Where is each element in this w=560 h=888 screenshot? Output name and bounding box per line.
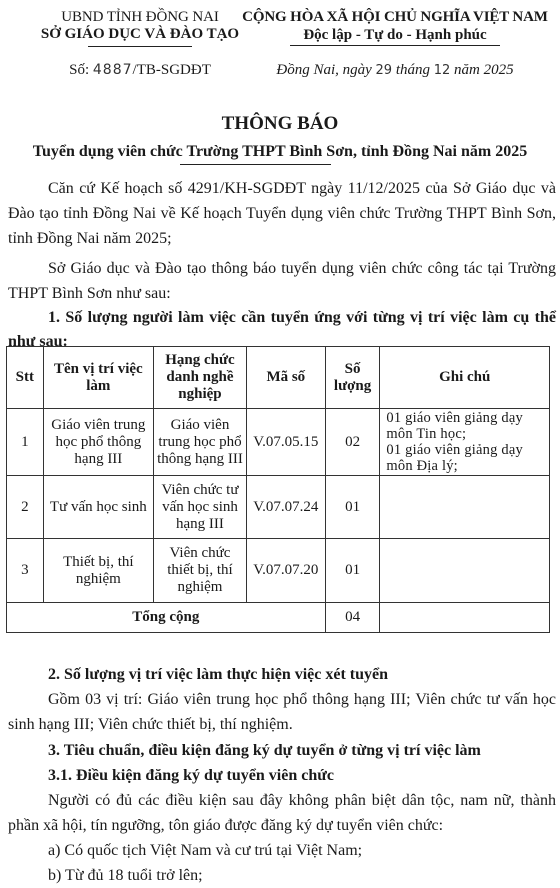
national-header-block: CỘNG HÒA XÃ HỘI CHỦ NGHĨA VIỆT NAM Độc l… [230,9,560,46]
cell-position: Tư vấn học sinh [43,476,153,539]
date-year: năm 2025 [454,62,514,78]
date-month-handwritten: 12 [434,63,451,78]
basis-paragraph: Căn cứ Kế hoạch số 4291/KH-SGDĐT ngày 11… [8,176,556,251]
cell-rank: Giáo viên trung học phổ thông hạng III [154,409,247,476]
motto-underline [290,45,500,46]
doc-number-handwritten: 4887 [93,62,133,78]
condition-item-b: b) Từ đủ 18 tuổi trở lên; [8,863,556,888]
cell-note [380,476,550,539]
subtitle-underline [180,164,331,165]
note-line: 01 giáo viên giảng dạy môn Địa lý; [386,442,546,474]
col-header-code: Mã số [246,347,325,409]
date-line: Đồng Nai, ngày 29 tháng 12 năm 2025 [230,62,560,79]
cell-stt: 2 [7,476,44,539]
col-header-quantity: Số lượng [325,347,380,409]
cell-code: V.07.05.15 [246,409,325,476]
cell-rank: Viên chức thiết bị, thí nghiệm [154,539,247,603]
cell-quantity: 01 [325,539,380,603]
cell-position: Thiết bị, thí nghiệm [43,539,153,603]
total-label: Tổng cộng [7,603,326,633]
intro-paragraph: Sở Giáo dục và Đào tạo thông báo tuyển d… [8,256,556,306]
table-row: 2 Tư vấn học sinh Viên chức tư vấn học s… [7,476,550,539]
cell-code: V.07.07.20 [246,539,325,603]
cell-stt: 3 [7,539,44,603]
section-2-body: Gồm 03 vị trí: Giáo viên trung học phổ t… [8,687,556,737]
table-total-row: Tổng cộng 04 [7,603,550,633]
cell-quantity: 01 [325,476,380,539]
date-month-label: tháng [396,62,430,78]
section-3-1-heading: 3.1. Điều kiện đăng ký dự tuyển viên chứ… [8,763,556,788]
table-header-row: Stt Tên vị trí việc làm Hạng chức danh n… [7,347,550,409]
col-header-stt: Stt [7,347,44,409]
total-quantity: 04 [325,603,380,633]
section-3-1-body: Người có đủ các điều kiện sau đây không … [8,788,556,838]
section-3-heading: 3. Tiêu chuẩn, điều kiện đăng ký dự tuyể… [8,738,556,763]
col-header-note: Ghi chú [380,347,550,409]
cell-code: V.07.07.24 [246,476,325,539]
note-line: 01 giáo viên giảng dạy môn Tin học; [386,410,546,442]
cell-rank: Viên chức tư vấn học sinh hạng III [154,476,247,539]
date-day-handwritten: 29 [376,63,393,78]
document-subtitle: Tuyển dụng viên chức Trường THPT Bình Sơ… [0,143,560,161]
table-row: 1 Giáo viên trung học phổ thông hạng III… [7,409,550,476]
document-title: THÔNG BÁO [0,113,560,135]
date-place: Đồng Nai, ngày [276,62,371,78]
national-motto: Độc lập - Tự do - Hạnh phúc [230,26,560,44]
cell-note: 01 giáo viên giảng dạy môn Tin học; 01 g… [380,409,550,476]
nation-name: CỘNG HÒA XÃ HỘI CHỦ NGHĨA VIỆT NAM [230,9,560,26]
cell-quantity: 02 [325,409,380,476]
cell-stt: 1 [7,409,44,476]
authority-underline [88,46,192,47]
condition-item-a: a) Có quốc tịch Việt Nam và cư trú tại V… [8,838,556,863]
recruitment-table: Stt Tên vị trí việc làm Hạng chức danh n… [6,346,550,633]
total-note [380,603,550,633]
col-header-rank: Hạng chức danh nghề nghiệp [154,347,247,409]
table-row: 3 Thiết bị, thí nghiệm Viên chức thiết b… [7,539,550,603]
col-header-position: Tên vị trí việc làm [43,347,153,409]
doc-number-suffix: /TB-SGDĐT [133,62,211,78]
doc-number-label: Số: [69,62,89,78]
cell-note [380,539,550,603]
section-2-heading: 2. Số lượng vị trí việc làm thực hiện vi… [8,662,556,687]
cell-position: Giáo viên trung học phổ thông hạng III [43,409,153,476]
